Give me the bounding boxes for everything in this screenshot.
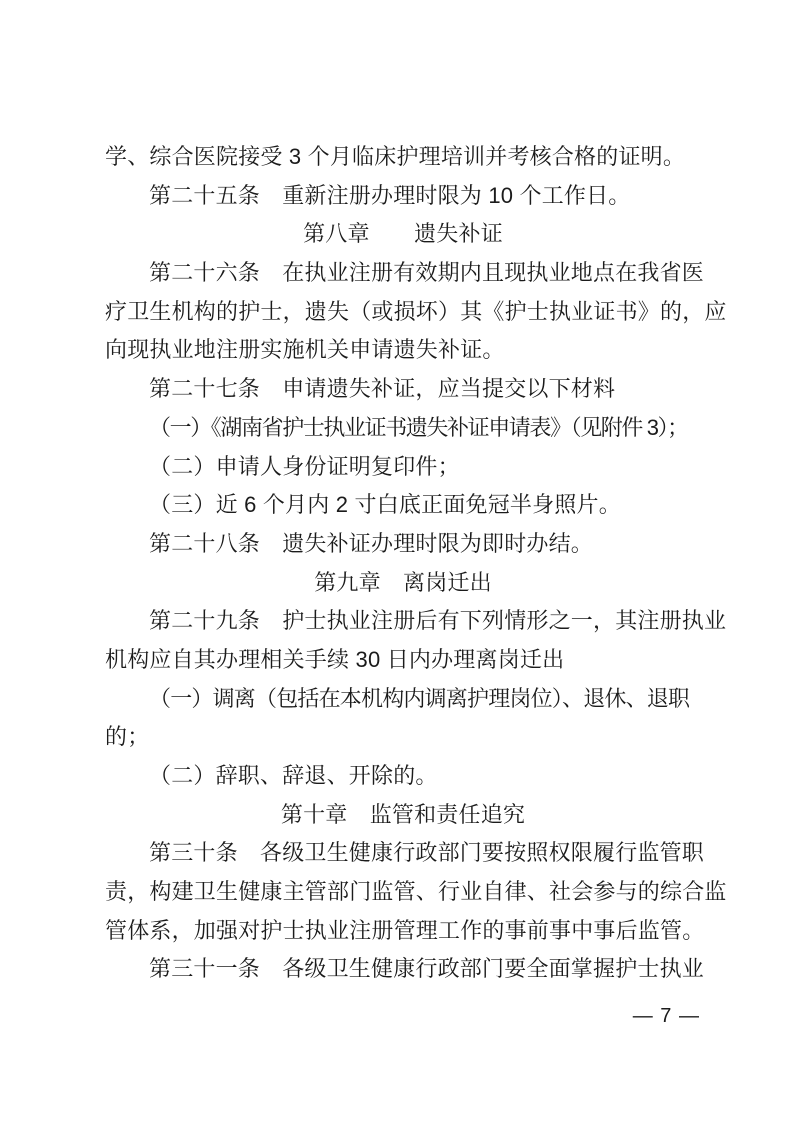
text-line: 机构应自其办理相关手续 30 日内办理离岗迁出 (105, 641, 701, 680)
text-line: 第二十五条 重新注册办理时限为 10 个工作日。 (105, 177, 701, 216)
page-number: — 7 — (633, 1004, 700, 1028)
text-line: （一）调离（包括在本机构内调离护理岗位）、退休、退职 (105, 680, 701, 719)
text-line: 疗卫生机构的护士，遗失（或损坏）其《护士执业证书》的，应 (105, 293, 701, 332)
text-line: 第二十八条 遗失补证办理时限为即时办结。 (105, 525, 701, 564)
text-line: （三）近 6 个月内 2 寸白底正面免冠半身照片。 (105, 486, 701, 525)
text-line: （一）《湖南省护士执业证书遗失补证申请表》（见附件 3）； (105, 409, 701, 448)
text-line: 第二十六条 在执业注册有效期内且现执业地点在我省医 (105, 254, 701, 293)
text-line: 学、综合医院接受 3 个月临床护理培训并考核合格的证明。 (105, 138, 701, 177)
document-page: 学、综合医院接受 3 个月临床护理培训并考核合格的证明。 第二十五条 重新注册办… (0, 0, 793, 1122)
text-line: 第二十九条 护士执业注册后有下列情形之一，其注册执业 (105, 602, 701, 641)
text-line: 第三十条 各级卫生健康行政部门要按照权限履行监管职 (105, 834, 701, 873)
document-body: 学、综合医院接受 3 个月临床护理培训并考核合格的证明。 第二十五条 重新注册办… (105, 138, 701, 989)
chapter-heading: 第九章 离岗迁出 (105, 564, 701, 603)
text-line: 向现执业地注册实施机关申请遗失补证。 (105, 331, 701, 370)
text-line: 第三十一条 各级卫生健康行政部门要全面掌握护士执业 (105, 950, 701, 989)
text-line: 的； (105, 718, 701, 757)
chapter-heading: 第八章 遗失补证 (105, 215, 701, 254)
text-line: 责，构建卫生健康主管部门监管、行业自律、社会参与的综合监 (105, 873, 701, 912)
text-line: 第二十七条 申请遗失补证，应当提交以下材料 (105, 370, 701, 409)
text-line: （二）辞职、辞退、开除的。 (105, 757, 701, 796)
text-line: （二）申请人身份证明复印件； (105, 448, 701, 487)
text-line: 管体系，加强对护士执业注册管理工作的事前事中事后监管。 (105, 912, 701, 951)
chapter-heading: 第十章 监管和责任追究 (105, 796, 701, 835)
